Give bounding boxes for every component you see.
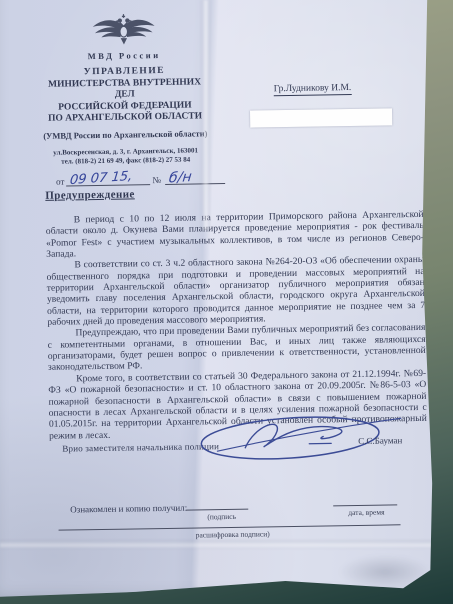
number-label: № [152, 175, 161, 185]
letterhead: МВД России УПРАВЛЕНИЕ МИНИСТЕРСТВА ВНУТР… [37, 10, 212, 186]
org-name-line2: МИНИСТЕРСТВА ВНУТРЕННИХ ДЕЛ [38, 77, 210, 103]
date-blank: 09 07 15, [66, 172, 150, 186]
datetime-blank-line [333, 504, 397, 506]
acknowledgement-statement: Ознакомлен и копию получил: [70, 503, 187, 515]
ministry-short-name: МВД России [38, 49, 210, 62]
redacted-address-box [250, 108, 392, 127]
paragraph-warning: Предупреждаю, что при проведении Вами пу… [47, 322, 426, 373]
signature-blank-line [186, 509, 248, 511]
number-blank: б/н [165, 171, 225, 185]
photo-of-document: МВД России УПРАВЛЕНИЕ МИНИСТЕРСТВА ВНУТР… [0, 0, 453, 604]
reference-line: от09 07 15,№б/н [40, 171, 212, 187]
paragraph-regional-law: В соответствии со ст. 3 ч.2 областного з… [46, 254, 425, 328]
org-name-line4: ПО АРХАНГЕЛЬСКОЙ ОБЛАСТИ [39, 111, 211, 125]
document-sheet: МВД России УПРАВЛЕНИЕ МИНИСТЕРСТВА ВНУТР… [0, 0, 453, 604]
handwritten-date: 09 07 15, [69, 168, 133, 187]
from-label: от [56, 176, 64, 186]
addressee-name: Гр.Лудникову И.М. [274, 83, 352, 96]
acknowledgement-section: Ознакомлен и копию получил: (подпись дат… [0, 0, 448, 4]
mvd-double-headed-eagle-icon [91, 11, 156, 48]
org-abbreviation: (УМВД России по Архангельской области) [39, 128, 211, 141]
datetime-caption: дата, время [348, 508, 384, 518]
document-title: Предупреждение [45, 188, 135, 201]
paragraph-event-notice: В период с 10 по 12 июля на территории П… [46, 209, 425, 260]
signer-position: Врио заместителя начальника полиции [62, 441, 219, 453]
signature-caption: (подпись [207, 512, 236, 521]
decipher-caption: расшифровка подписи) [196, 529, 270, 539]
document-content: МВД России УПРАВЛЕНИЕ МИНИСТЕРСТВА ВНУТР… [0, 0, 453, 604]
org-address: ул.Воскресенская, д. 3, г. Архангельск, … [40, 146, 212, 167]
signer-name: С.С.Бауман [358, 435, 402, 446]
handwritten-number: б/н [168, 168, 192, 186]
